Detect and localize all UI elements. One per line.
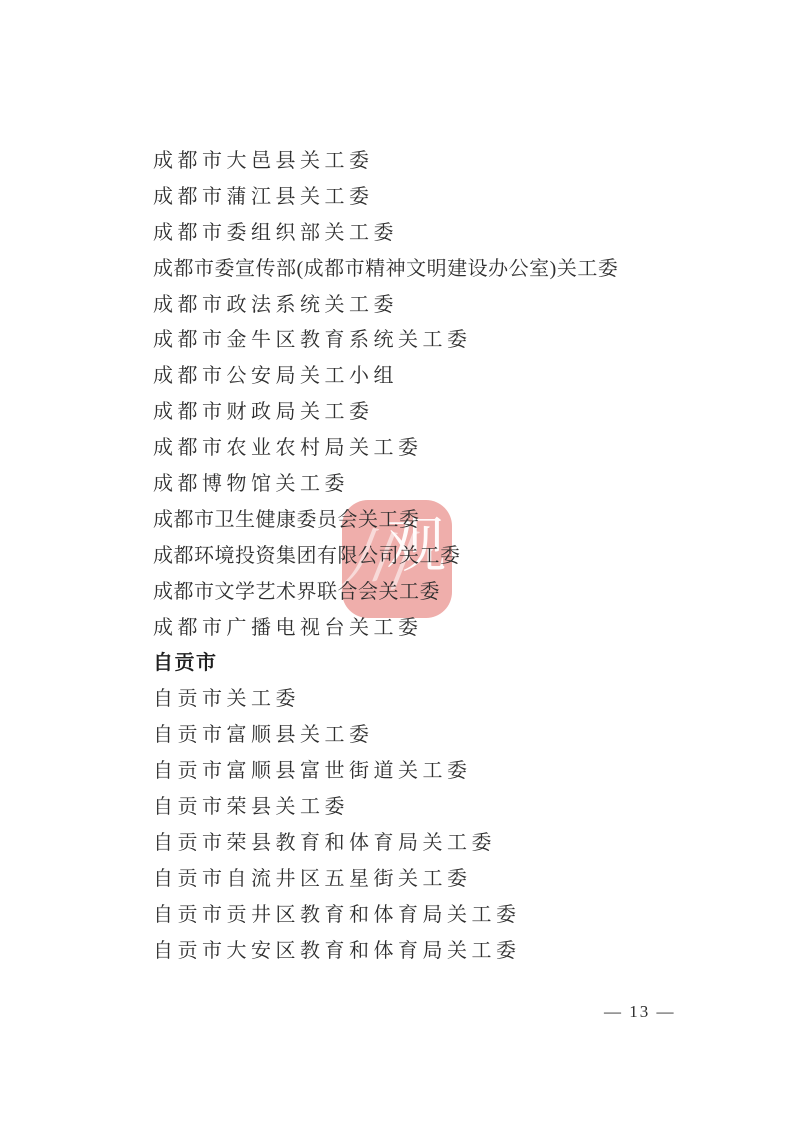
list-item: 自贡市富顺县富世街道关工委 — [153, 754, 618, 790]
list-item: 成都市政法系统关工委 — [153, 288, 618, 324]
list-item: 自贡市荣县教育和体育局关工委 — [153, 826, 618, 862]
document-page: 川 观 成都市大邑县关工委 成都市蒲江县关工委 成都市委组织部关工委 成都市委宣… — [0, 0, 793, 1122]
list-item: 成都市大邑县关工委 — [153, 144, 618, 180]
section-heading-zigong: 自贡市 — [153, 646, 618, 682]
list-item: 成都市委组织部关工委 — [153, 216, 618, 252]
list-item: 自贡市富顺县关工委 — [153, 718, 618, 754]
list-item: 自贡市大安区教育和体育局关工委 — [153, 934, 618, 970]
list-item: 自贡市关工委 — [153, 682, 618, 718]
list-item: 成都市公安局关工小组 — [153, 359, 618, 395]
list-item: 成都市卫生健康委员会关工委 — [153, 503, 618, 539]
list-item: 自贡市贡井区教育和体育局关工委 — [153, 898, 618, 934]
list-item: 成都市农业农村局关工委 — [153, 431, 618, 467]
list-item: 自贡市自流井区五星街关工委 — [153, 862, 618, 898]
list-item: 成都市财政局关工委 — [153, 395, 618, 431]
list-item: 成都市广播电视台关工委 — [153, 611, 618, 647]
page-number: — 13 — — [604, 1002, 676, 1022]
list-item: 成都市委宣传部(成都市精神文明建设办公室)关工委 — [153, 252, 618, 288]
award-list: 成都市大邑县关工委 成都市蒲江县关工委 成都市委组织部关工委 成都市委宣传部(成… — [153, 144, 618, 969]
list-item: 成都博物馆关工委 — [153, 467, 618, 503]
list-item: 成都环境投资集团有限公司关工委 — [153, 539, 618, 575]
list-item: 自贡市荣县关工委 — [153, 790, 618, 826]
list-item: 成都市金牛区教育系统关工委 — [153, 323, 618, 359]
list-item: 成都市文学艺术界联合会关工委 — [153, 575, 618, 611]
list-item: 成都市蒲江县关工委 — [153, 180, 618, 216]
